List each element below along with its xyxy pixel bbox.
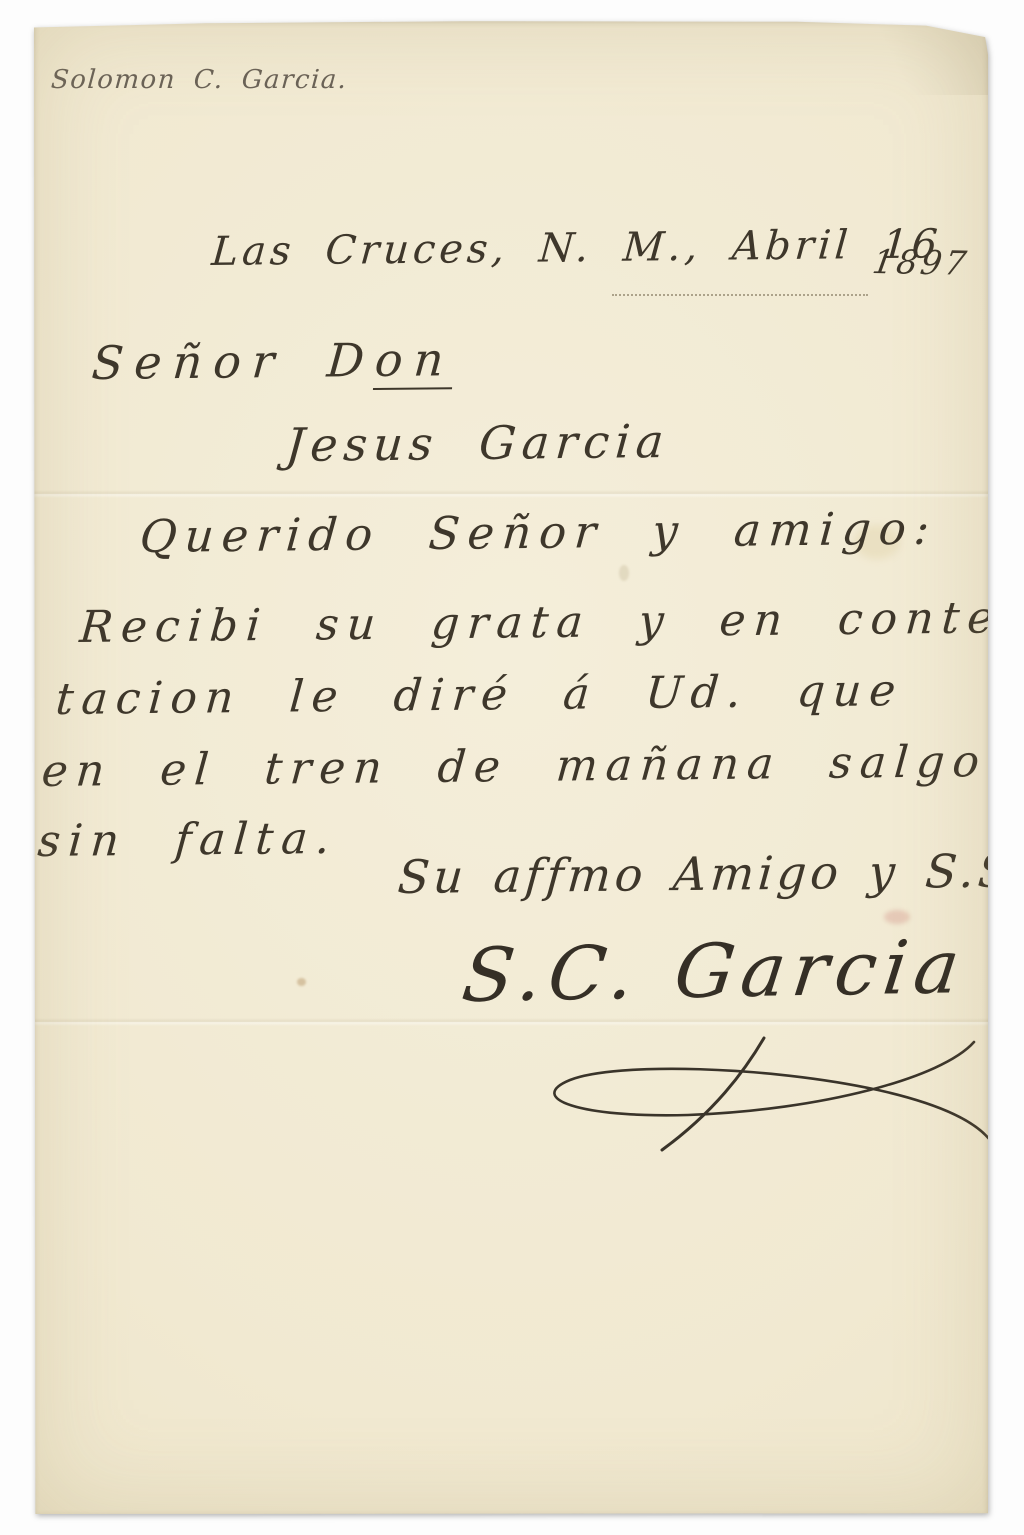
letterhead-name: Solomon C. Garcia. <box>50 66 349 95</box>
signature-name: S.C. Garcia <box>458 927 971 1017</box>
fold-crease <box>34 1018 988 1026</box>
dateline-year: 1897 <box>870 244 971 282</box>
closing-line: Su affmo Amigo y S.S. <box>396 845 1024 902</box>
dateline-dotted-rule <box>612 294 868 296</box>
signature-flourish-paraph <box>512 1036 1002 1156</box>
honorific-underlined-letters: on <box>373 332 457 390</box>
body-line: Recibi su grata y en contes- <box>78 594 1024 653</box>
paper-stain <box>619 565 629 581</box>
scan-background: { "colors": { "background": "#fdfdfd", "… <box>0 0 1024 1535</box>
paper-stain <box>884 910 910 924</box>
fold-crease <box>34 490 988 498</box>
paper-sheet: Solomon C. Garcia. Las Cruces, N. M., Ab… <box>34 20 988 1514</box>
recipient-title-line: SeñorDon <box>90 334 456 388</box>
body-line: sin falta. <box>36 815 339 867</box>
recipient-title: Señor <box>90 334 287 390</box>
body-line: en el tren de mañana salgo <box>40 738 989 796</box>
recipient-honorific: Don <box>325 332 456 387</box>
dateline-place-date: Las Cruces, N. M., Abril 16 <box>210 222 943 274</box>
letter-paper: Solomon C. Garcia. Las Cruces, N. M., Ab… <box>34 20 988 1514</box>
salutation-line: Querido Señor y amigo: <box>138 504 939 562</box>
paper-stain <box>297 978 306 986</box>
recipient-name: Jesus Garcia <box>284 416 671 471</box>
body-line: tacion le diré á Ud. que <box>54 667 905 724</box>
corner-fold-shadow <box>838 20 988 95</box>
